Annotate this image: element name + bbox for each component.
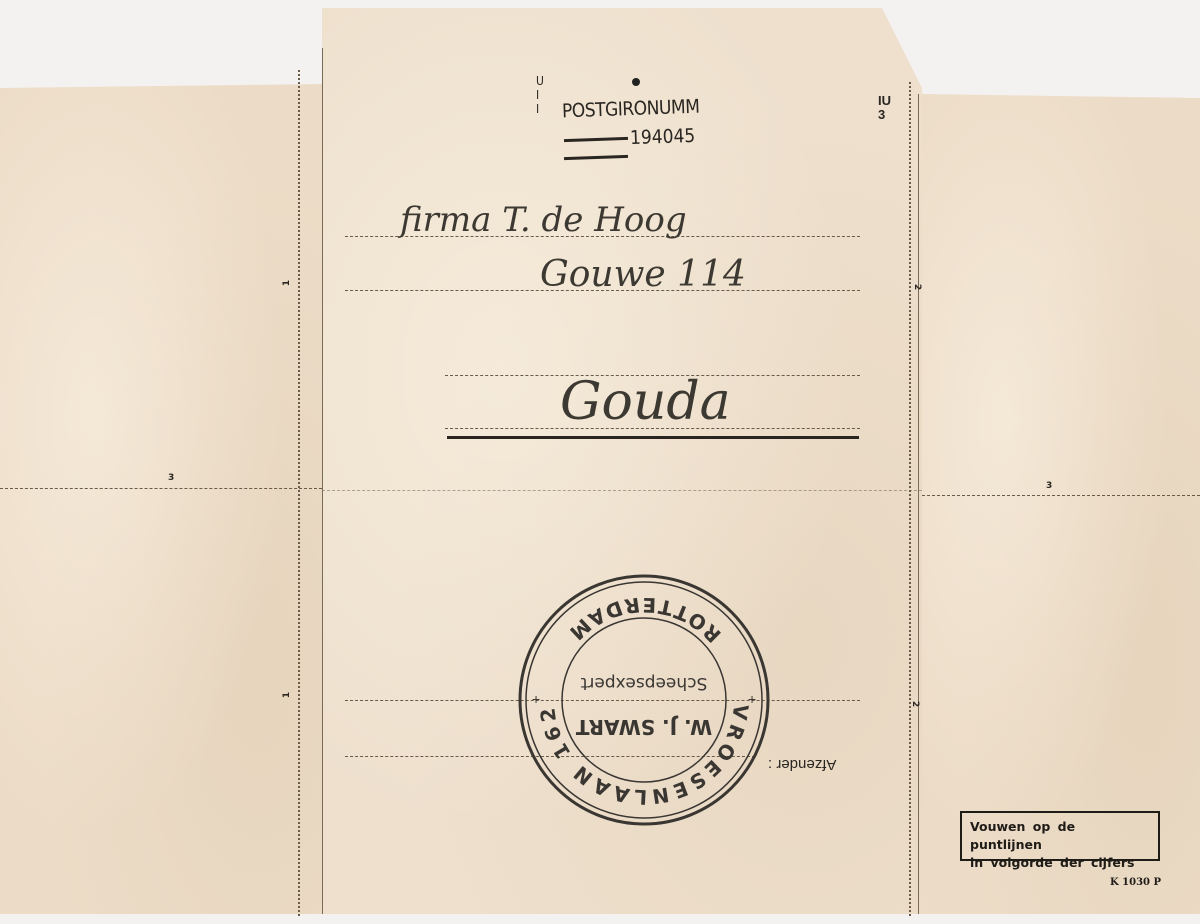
side-postmark-fragment: IU 3: [878, 94, 891, 122]
stamp-outer-top-text: ROTTERDAM: [562, 593, 726, 648]
folding-instructions-box: Vouwen op de puntlijnen in volgorde der …: [960, 811, 1160, 861]
fold-number-left-lower: 1: [282, 692, 292, 698]
side-mark-line2: 3: [878, 108, 891, 122]
postmark-dot: [632, 78, 640, 86]
fold-number-right-lower: 2: [910, 701, 920, 707]
panel-edge-right: [918, 94, 919, 914]
sender-rubber-stamp: VROESENLAAN 162 ROTTERDAM W. J. SWART Sc…: [514, 570, 774, 830]
fold-number-left-upper: 1: [282, 280, 292, 286]
fold-number-right-upper: 2: [912, 284, 922, 290]
stamp-name: W. J. SWART: [576, 715, 713, 739]
left-flap: [0, 84, 322, 914]
side-mark-line1: IU: [878, 94, 891, 108]
fold-number-left-horizontal: 3: [168, 473, 174, 483]
address-underline: [447, 436, 859, 439]
svg-text:+: +: [748, 692, 756, 708]
panel-edge-left: [322, 48, 323, 914]
stamp-profession: Scheepsexpert: [580, 673, 707, 693]
postmark-line2: 194045: [630, 125, 696, 149]
address-line3-text: Gouda: [560, 372, 731, 432]
fold-line-right-dotted: [909, 82, 911, 916]
fold-line-horizontal-right: [922, 495, 1200, 496]
sender-label: Afzender :: [768, 756, 836, 773]
svg-text:+: +: [532, 692, 540, 708]
fold-line-left-dotted: [298, 70, 300, 916]
fold-line-horizontal-center: [322, 490, 922, 491]
svg-text:ROTTERDAM: ROTTERDAM: [562, 593, 726, 648]
address-line1-text: firma T. de Hoog: [400, 200, 687, 240]
instructions-line1: Vouwen op de puntlijnen: [970, 818, 1150, 854]
fold-line-horizontal-left: [0, 488, 322, 489]
form-code: K 1030 P: [1110, 877, 1161, 888]
fold-number-right-horizontal: 3: [1046, 481, 1052, 491]
address-line2-text: Gouwe 114: [540, 254, 746, 295]
instructions-line2: in volgorde der cijfers: [970, 854, 1150, 872]
right-flap: [922, 94, 1200, 914]
postmark-top-partial: U I I: [536, 74, 546, 116]
